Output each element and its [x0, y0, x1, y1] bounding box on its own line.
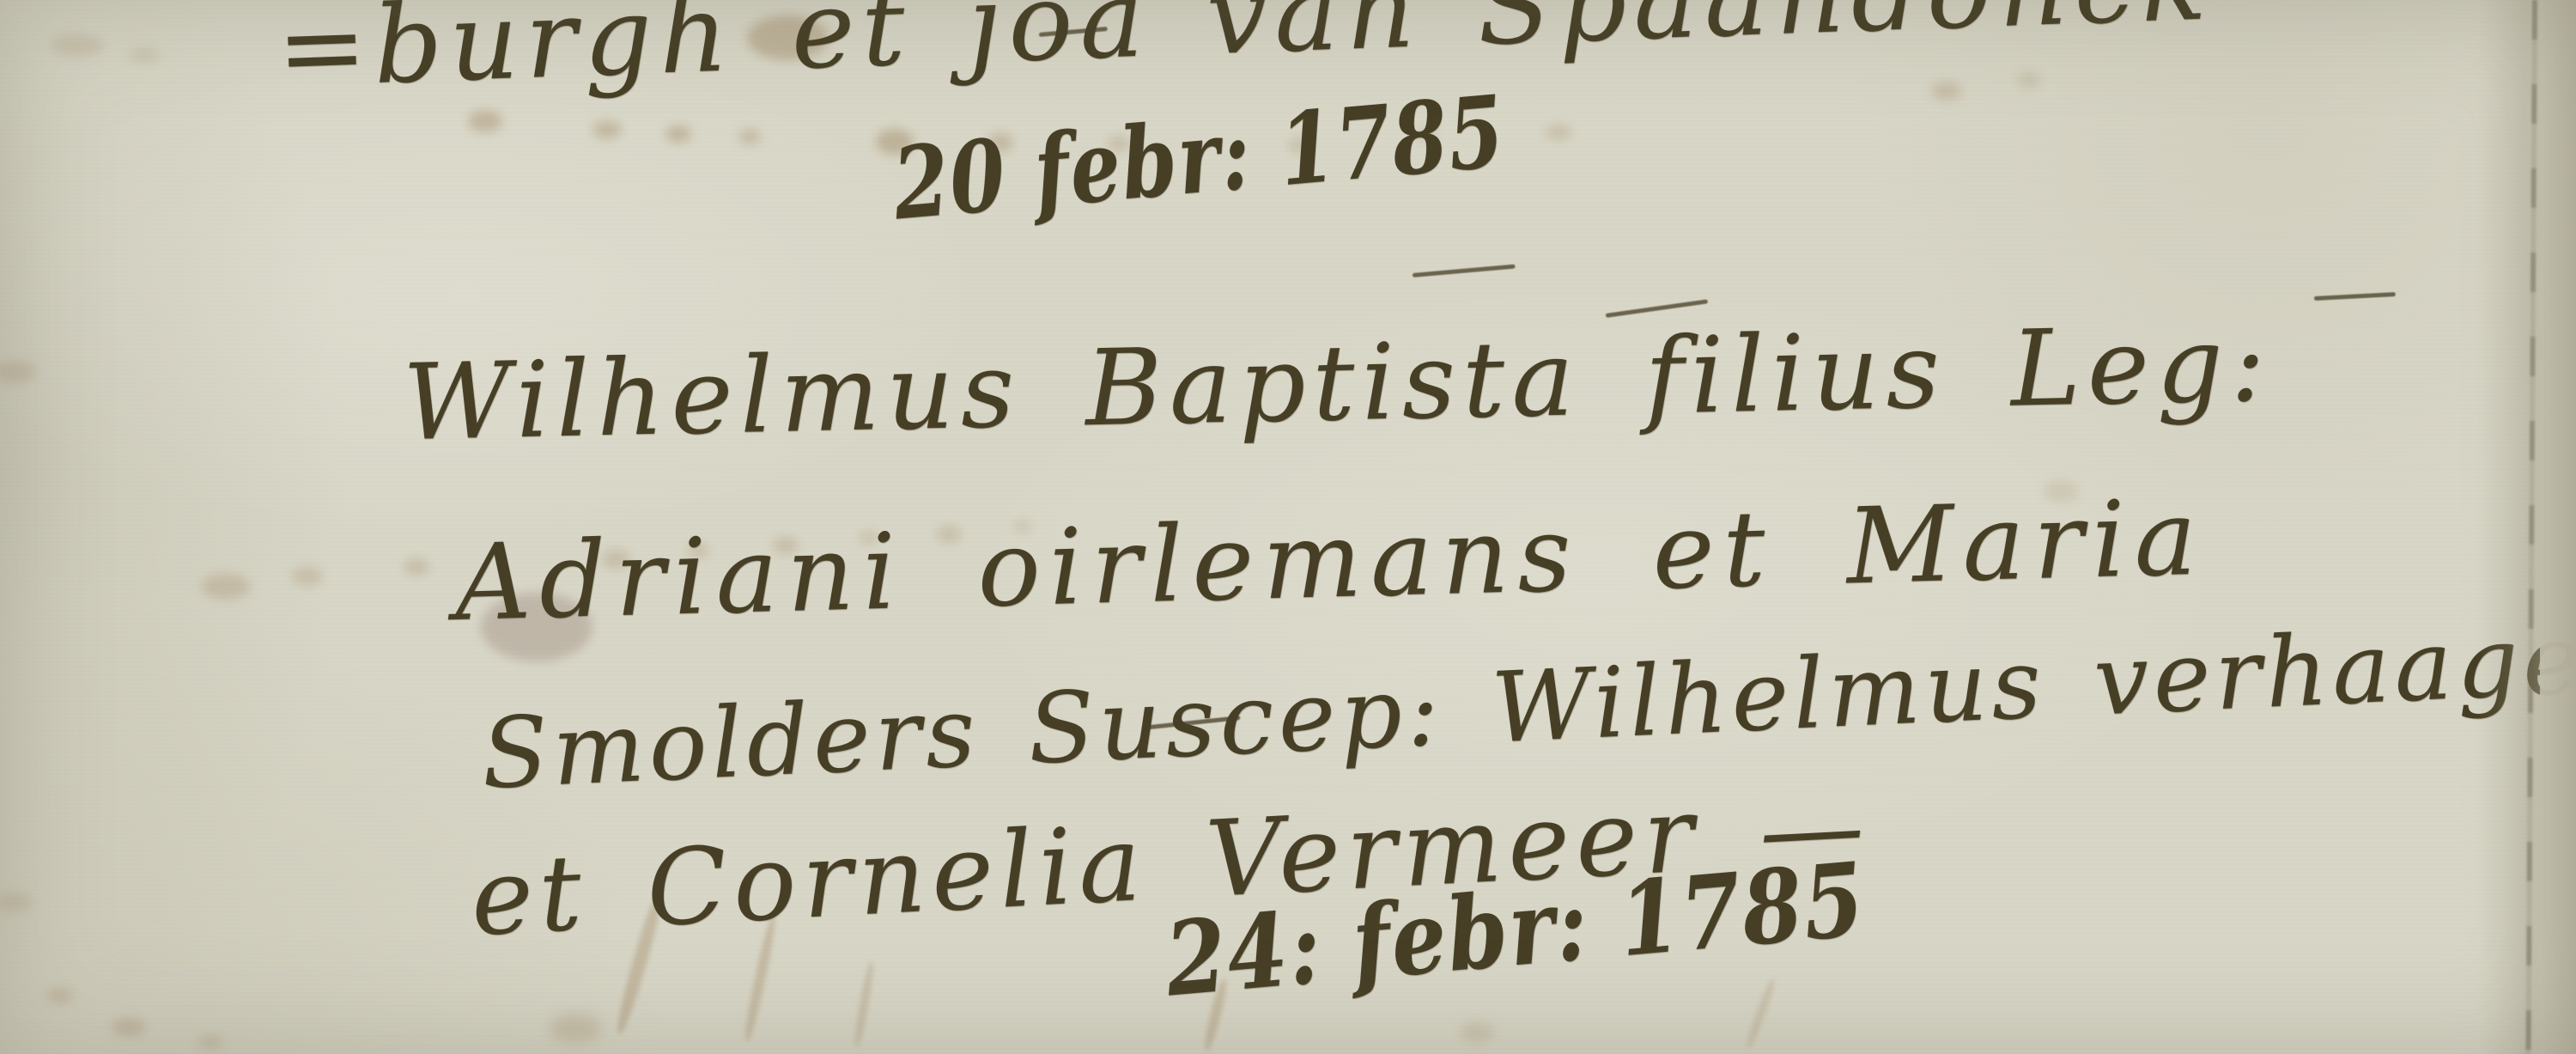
ink-smudge: [1932, 82, 1961, 101]
ink-smudge: [0, 893, 33, 912]
ink-smudge: [129, 47, 160, 63]
ink-smudge: [52, 34, 103, 57]
ink-smudge: [404, 558, 429, 576]
ink-smudge: [197, 1035, 223, 1049]
bleed-stroke: [853, 961, 876, 1047]
macron-mark: [2314, 292, 2396, 301]
manuscript-page: =burgh et joa van Spaandonck 20 febr: 17…: [0, 0, 2576, 1054]
ink-smudge: [202, 574, 250, 600]
ink-smudge: [550, 1014, 601, 1043]
ink-smudge: [665, 125, 691, 143]
ink-smudge: [112, 1018, 146, 1037]
entry-text-line-2: Adriani oirlemans et Maria: [453, 477, 2207, 644]
bleed-stroke: [1744, 978, 1777, 1049]
ink-smudge: [0, 361, 36, 383]
ink-smudge: [468, 110, 502, 132]
ink-smudge: [2018, 73, 2040, 87]
previous-entry-ending-line: =burgh et joa van Spaandonck: [275, 0, 2215, 112]
entry-text-line-1: Wilhelmus Baptista filius Leg:: [402, 302, 2273, 464]
ink-smudge: [738, 129, 761, 144]
baptism-date-line-first: 20 febr: 1785: [889, 74, 1510, 243]
page-right-edge-outer: [2540, 0, 2576, 1054]
ink-smudge: [1460, 1022, 1494, 1043]
ink-smudge: [47, 988, 73, 1003]
ink-smudge: [292, 567, 323, 586]
macron-mark: [1413, 265, 1516, 277]
ink-smudge: [592, 120, 622, 139]
ink-smudge: [1546, 125, 1571, 140]
